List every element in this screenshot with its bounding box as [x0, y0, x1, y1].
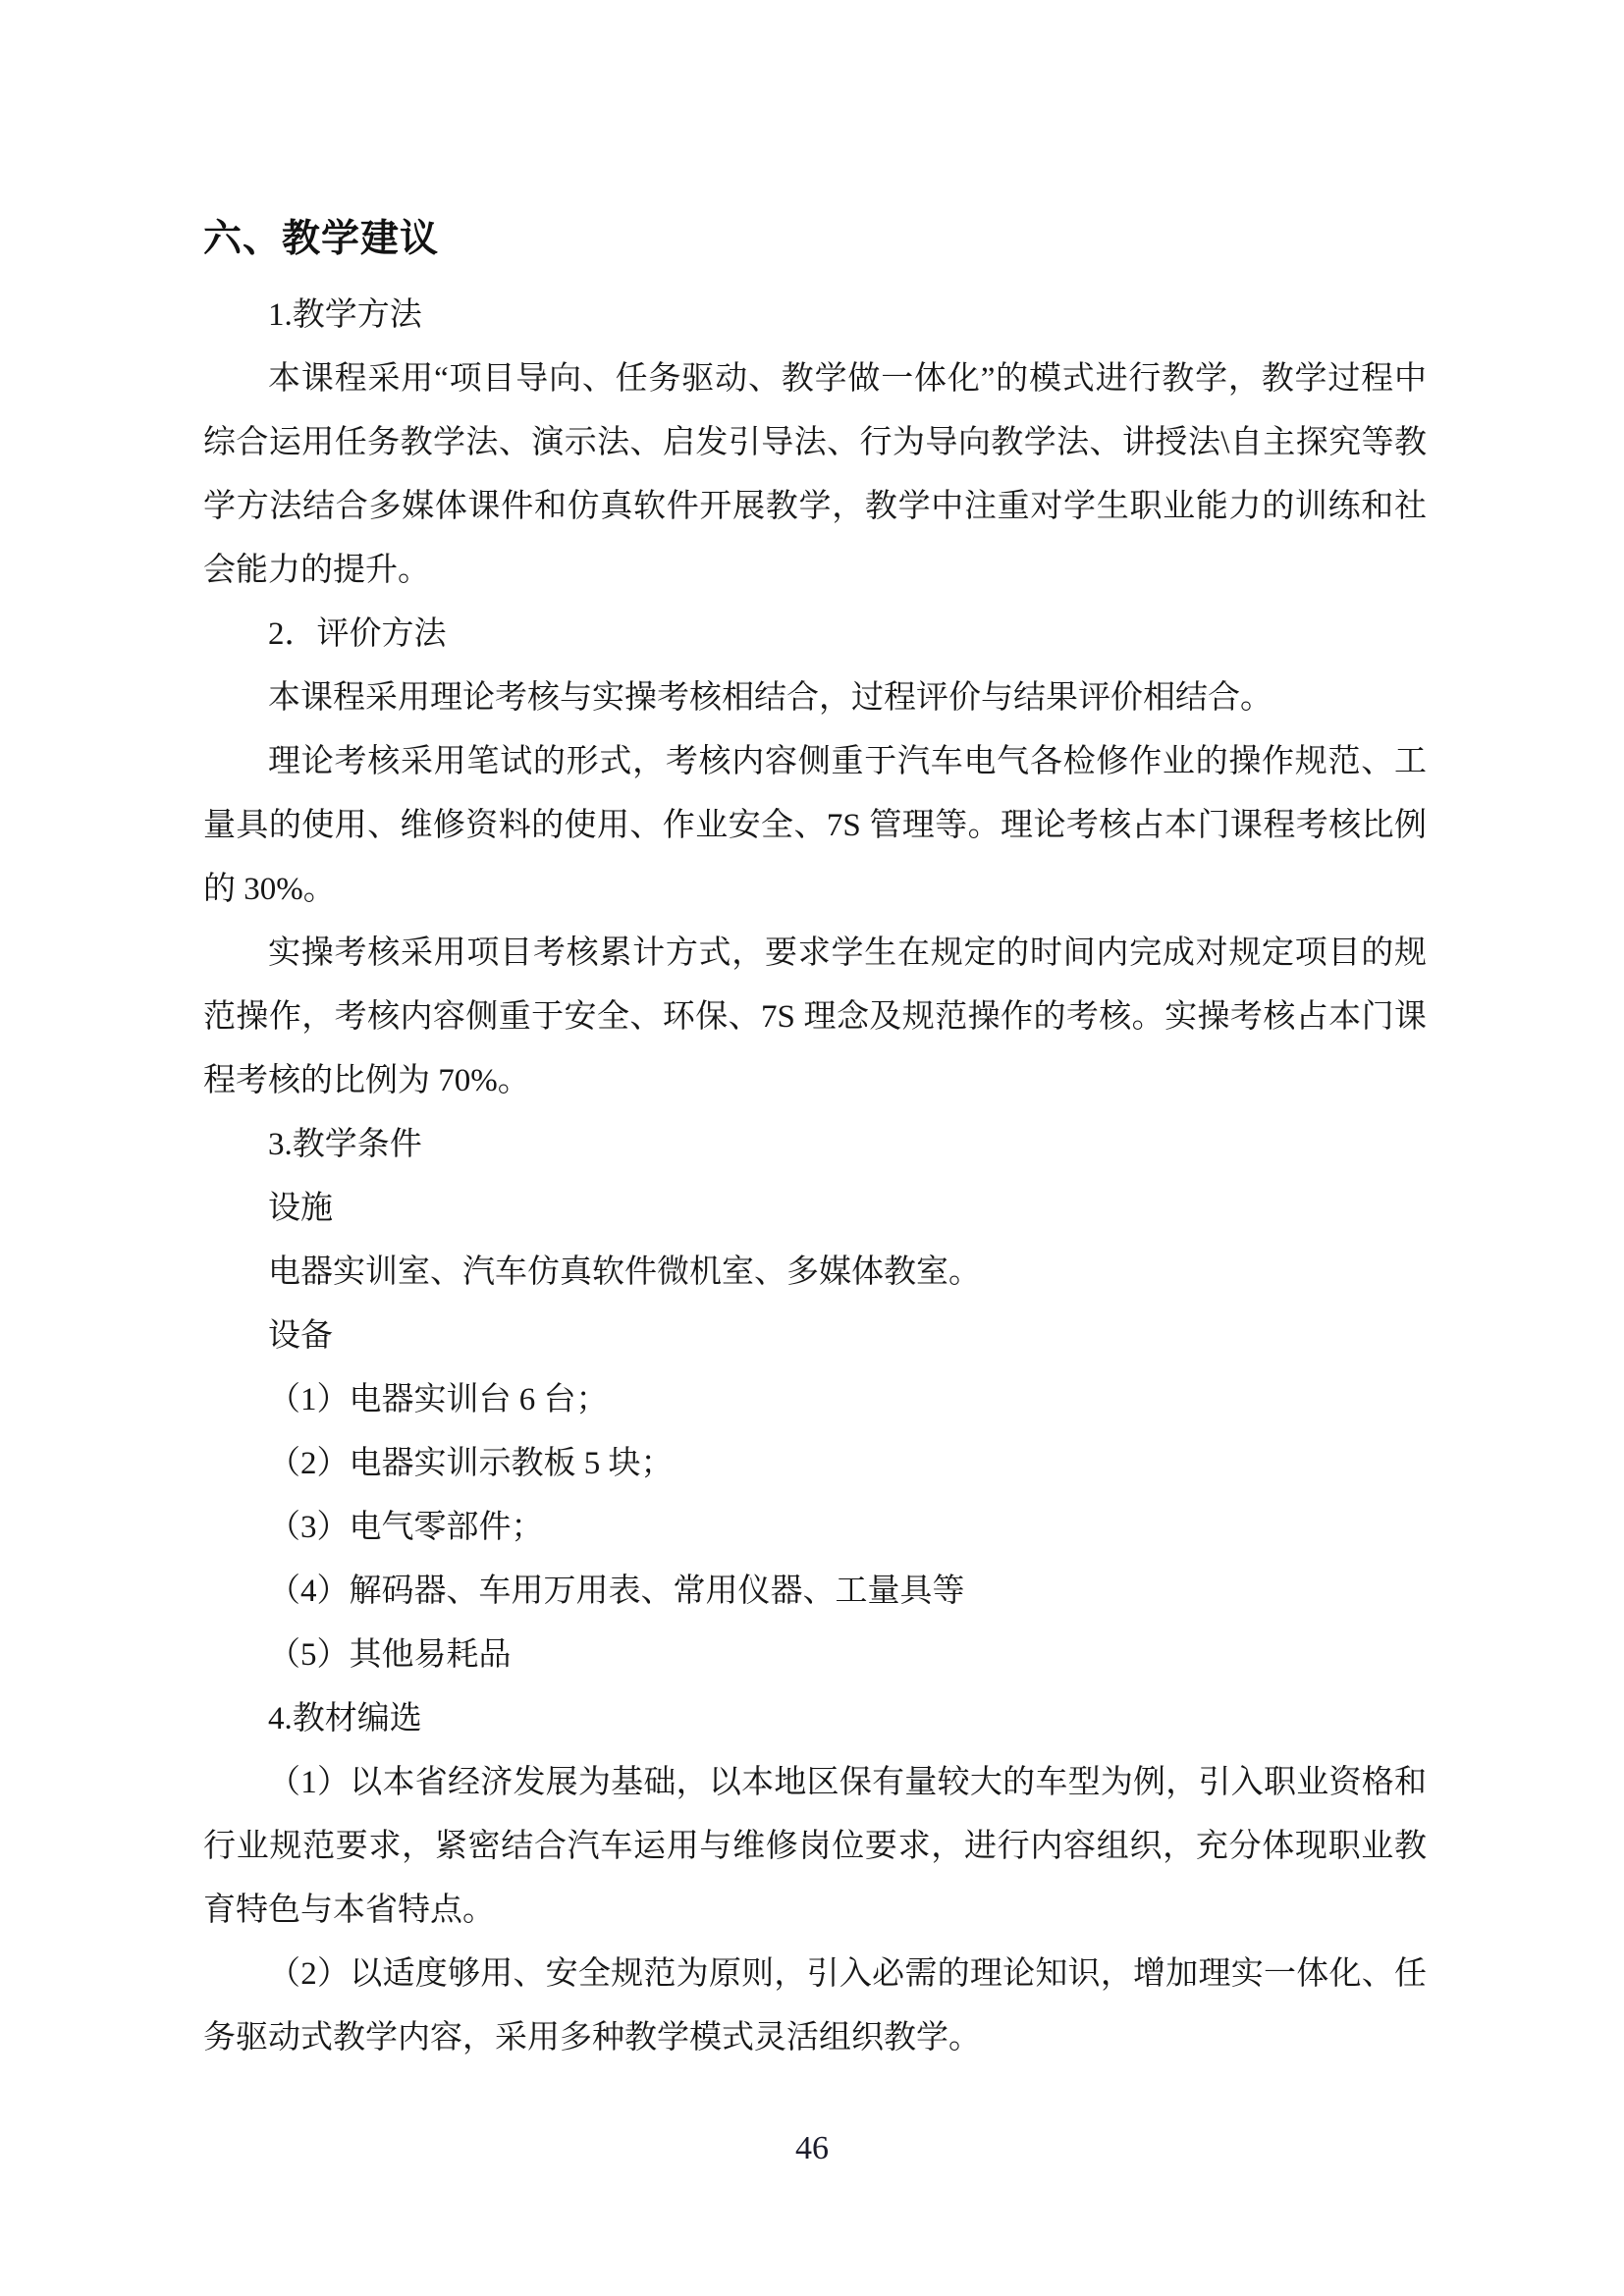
para-evaluation-overview: 本课程采用理论考核与实操考核相结合，过程评价与结果评价相结合。: [203, 667, 1427, 730]
subheading-evaluation-methods: 2．评价方法: [203, 603, 1427, 667]
para-teaching-methods: 本课程采用“项目导向、任务驱动、教学做一体化”的模式进行教学，教学过程中综合运用…: [203, 347, 1427, 603]
label-facilities: 设施: [203, 1177, 1427, 1241]
section-heading: 六、教学建议: [203, 207, 1427, 271]
equipment-item-5: （5）其他易耗品: [203, 1624, 1427, 1687]
subheading-textbook-selection: 4.教材编选: [203, 1687, 1427, 1751]
label-equipment: 设备: [203, 1305, 1427, 1368]
page-number: 46: [0, 2130, 1624, 2167]
document-page: 六、教学建议 1.教学方法 本课程采用“项目导向、任务驱动、教学做一体化”的模式…: [0, 0, 1624, 2296]
subheading-teaching-methods: 1.教学方法: [203, 284, 1427, 347]
document-content: 六、教学建议 1.教学方法 本课程采用“项目导向、任务驱动、教学做一体化”的模式…: [203, 0, 1427, 2070]
para-textbook-selection-1: （1）以本省经济发展为基础，以本地区保有量较大的车型为例，引入职业资格和行业规范…: [203, 1751, 1427, 1943]
para-theory-assessment: 理论考核采用笔试的形式，考核内容侧重于汽车电气各检修作业的操作规范、工量具的使用…: [203, 730, 1427, 922]
para-facilities-list: 电器实训室、汽车仿真软件微机室、多媒体教室。: [203, 1241, 1427, 1305]
para-textbook-selection-2: （2）以适度够用、安全规范为原则，引入必需的理论知识，增加理实一体化、任务驱动式…: [203, 1943, 1427, 2070]
equipment-item-4: （4）解码器、车用万用表、常用仪器、工量具等: [203, 1560, 1427, 1624]
para-practical-assessment: 实操考核采用项目考核累计方式，要求学生在规定的时间内完成对规定项目的规范操作，考…: [203, 922, 1427, 1113]
equipment-item-2: （2）电器实训示教板 5 块；: [203, 1432, 1427, 1496]
equipment-item-1: （1）电器实训台 6 台；: [203, 1368, 1427, 1432]
subheading-teaching-conditions: 3.教学条件: [203, 1113, 1427, 1177]
equipment-item-3: （3）电气零部件；: [203, 1496, 1427, 1560]
